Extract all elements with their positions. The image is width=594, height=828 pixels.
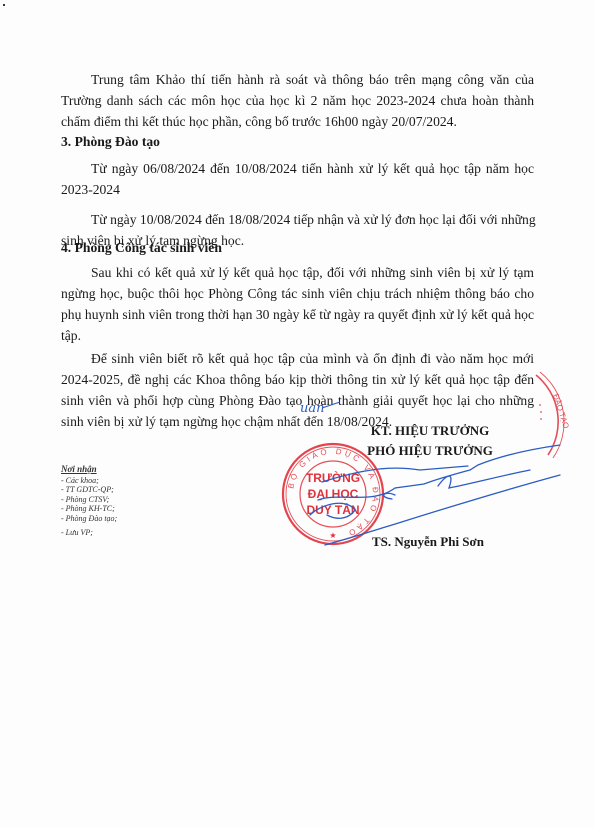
side-seal-icon: ĐÀO TẠO [536,372,571,458]
seal-signature-overlay: BỘ GIÁO DỤC VÀ ĐÀO TẠO TRƯỜNG ĐẠI HỌC DU… [0,0,594,828]
document-page: Trung tâm Khảo thí tiến hành rà soát và … [0,0,594,828]
svg-text:★: ★ [329,531,336,540]
svg-text:ĐẠI HỌC: ĐẠI HỌC [308,487,359,501]
initials-stroke-icon [322,402,340,408]
signer-name: TS. Nguyễn Phi Sơn [372,534,504,550]
svg-text:TRƯỜNG: TRƯỜNG [306,470,360,485]
university-seal-icon: BỘ GIÁO DỤC VÀ ĐÀO TẠO TRƯỜNG ĐẠI HỌC DU… [283,444,383,544]
initials-mark: uan [300,401,325,416]
svg-text:ĐÀO TẠO: ĐÀO TẠO [551,393,571,430]
